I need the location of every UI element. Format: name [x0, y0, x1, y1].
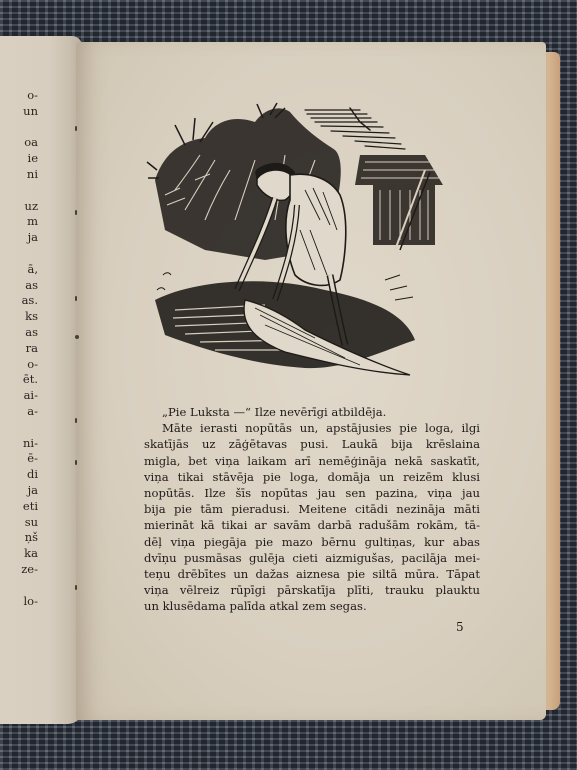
left-page-line-fragment: ēt. — [23, 372, 38, 386]
left-page-line-fragment: ē- — [27, 451, 38, 465]
text-line: dvīņu pusmāsas gulēja cieti aizmigušas, … — [144, 550, 480, 566]
binding-stitch — [75, 418, 77, 423]
left-page-line-fragment: ka — [24, 546, 38, 560]
left-page-line-fragment: ie — [28, 151, 38, 165]
woodcut-illustration — [145, 100, 455, 385]
left-page-line-fragment: ks — [25, 309, 38, 323]
text-line: dēļ viņa piegāja pie mazo bērnu gultiņas… — [144, 534, 480, 550]
page-number: 5 — [456, 620, 464, 634]
text-line: bija pie tām pieradusi. Meitene citādi n… — [144, 501, 480, 517]
left-page-line-fragment: un — [23, 104, 38, 118]
binding-stitch — [75, 585, 77, 590]
left-page: o-unoaieniuzmjaā,asas.ksasrao-ēt.ai-a-ni… — [0, 36, 82, 724]
text-line: viņa vēlreiz rūpīgi pārskatīja plīti, tr… — [144, 582, 480, 598]
left-page-line-fragment: m — [27, 214, 38, 228]
left-page-line-fragment: ņš — [25, 530, 38, 544]
left-page-line-fragment: as — [25, 278, 38, 292]
left-page-line-fragment: ā, — [27, 262, 38, 276]
left-page-line-fragment: oa — [24, 135, 38, 149]
open-book: o-unoaieniuzmjaā,asas.ksasrao-ēt.ai-a-ni… — [0, 0, 577, 770]
text-line: skatījās uz zāģētavas pusi. Laukā bija k… — [144, 436, 480, 452]
left-page-line-fragment: ja — [28, 483, 38, 497]
binding-stitch — [75, 210, 77, 215]
binding-stitch — [75, 126, 77, 131]
left-page-line-fragment: ni- — [23, 436, 38, 450]
left-page-line-fragment: ai- — [24, 388, 38, 402]
left-page-line-fragment: as — [25, 325, 38, 339]
text-line: mierināt kā tikai ar savām darbā radušām… — [144, 517, 480, 533]
left-page-line-fragment: di — [27, 467, 38, 481]
text-line: viņa tikai stāvēja pie loga, domāja un r… — [144, 469, 480, 485]
text-line: migla, bet viņa laikam arī nemēģināja ne… — [144, 453, 480, 469]
binding-stitch — [75, 335, 79, 339]
text-line: teņu drēbītes un dažas aiznesa pie siltā… — [144, 566, 480, 582]
text-line: Māte ierasti nopūtās un, apstājusies pie… — [144, 420, 480, 436]
left-page-line-fragment: ni — [27, 167, 38, 181]
text-line: un klusēdama palīda atkal zem segas. — [144, 598, 480, 614]
body-text: „Pie Luksta —“ Ilze nevērīgi atbildēja. … — [144, 404, 480, 614]
left-page-line-fragment: ra — [26, 341, 38, 355]
dialogue-line: „Pie Luksta —“ Ilze nevērīgi atbildēja. — [144, 404, 480, 420]
left-page-line-fragment: ja — [28, 230, 38, 244]
left-page-line-fragment: o- — [27, 88, 38, 102]
binding-stitch — [75, 460, 77, 465]
left-page-line-fragment: su — [25, 515, 38, 529]
left-page-line-fragment: ze- — [21, 562, 38, 576]
binding-stitch — [75, 296, 77, 301]
left-page-line-fragment: as. — [22, 293, 38, 307]
text-line: nopūtās. Ilze šīs nopūtas jau sen pazina… — [144, 485, 480, 501]
left-page-line-fragment: uz — [25, 199, 38, 213]
left-page-line-fragment: lo- — [24, 594, 39, 608]
left-page-line-fragment: a- — [27, 404, 38, 418]
left-page-line-fragment: o- — [27, 357, 38, 371]
left-page-line-fragment: eti — [23, 499, 38, 513]
